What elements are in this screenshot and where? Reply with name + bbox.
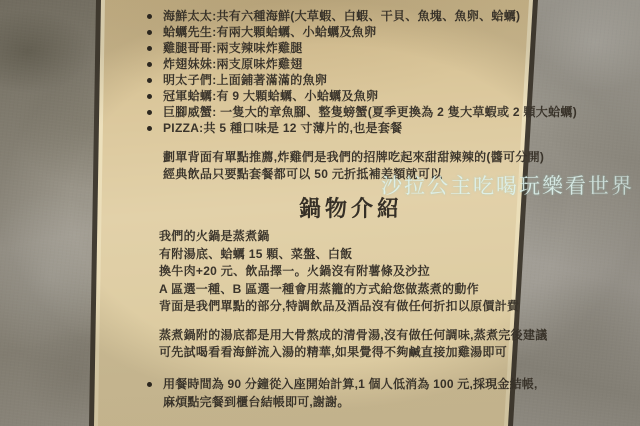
bullet-icon [147,62,152,67]
menu-item-text: PIZZA:共 5 種口味是 12 寸薄片的,也是套餐 [163,120,402,136]
menu-item-text: 炸翅妹妹:兩支原味炸雞翅 [163,56,303,72]
soup-line: 可先試喝看看海鮮流入湯的精華,如果覺得不夠鹹直接加雞湯即可 [159,344,519,362]
menu-item: 巨腳威蟹: 一隻大的章魚腳、整隻螃蟹(夏季更換為 2 隻大草蝦或 2 顆大蛤蠣) [147,104,519,120]
dining-rules: 用餐時間為 90 分鐘從入座開始計算,1 個人低消為 100 元,採現金結帳, … [147,375,519,411]
menu-item: 冠軍蛤蠣:有 9 大顆蛤蠣、小蛤蠣及魚卵 [147,88,519,104]
bullet-icon [147,78,152,83]
menu-item-text: 蛤蠣先生:有兩大顆蛤蠣、小蛤蠣及魚卵 [163,24,376,40]
dining-rule-line: 麻煩點完餐到櫃台結帳即可,謝謝。 [163,393,538,411]
dining-rule-line: 用餐時間為 90 分鐘從入座開始計算,1 個人低消為 100 元,採現金結帳, [163,375,538,393]
menu-content: 海鮮太太:共有六種海鮮(大草蝦、白蝦、干貝、魚塊、魚卵、蛤蠣) 蛤蠣先生:有兩大… [147,8,519,411]
set-menu-list: 海鮮太太:共有六種海鮮(大草蝦、白蝦、干貝、魚塊、魚卵、蛤蠣) 蛤蠣先生:有兩大… [147,8,519,136]
hotpot-description: 我們的火鍋是蒸煮鍋 有附湯底、蛤蠣 15 顆、菜盤、白飯 換牛肉+20 元、飲品… [159,228,519,316]
note-line: 劃單背面有單點推薦,炸雞們是我們的招牌吃起來甜甜辣辣的(醬可分開) [163,149,519,166]
dining-rules-lines: 用餐時間為 90 分鐘從入座開始計算,1 個人低消為 100 元,採現金結帳, … [163,375,538,411]
menu-item: 海鮮太太:共有六種海鮮(大草蝦、白蝦、干貝、魚塊、魚卵、蛤蠣) [147,8,519,24]
hotpot-line: 背面是我們單點的部分,特調飲品及酒品沒有做任何折扣以原價計費 [159,298,519,316]
menu-item: 明太子們:上面鋪著滿滿的魚卵 [147,72,519,88]
bullet-icon [147,126,152,131]
hotpot-line: 我們的火鍋是蒸煮鍋 [159,228,519,246]
hotpot-line: 換牛肉+20 元、飲品擇一。火鍋沒有附薯條及沙拉 [159,263,519,281]
menu-item: 蛤蠣先生:有兩大顆蛤蠣、小蛤蠣及魚卵 [147,24,519,40]
bullet-icon [147,30,152,35]
blogger-watermark: 沙拉公主吃喝玩樂看世界 [381,170,634,200]
menu-item-text: 明太子們:上面鋪著滿滿的魚卵 [163,72,327,88]
photo-of-menu-card: 海鮮太太:共有六種海鮮(大草蝦、白蝦、干貝、魚塊、魚卵、蛤蠣) 蛤蠣先生:有兩大… [0,0,640,426]
hotpot-line: A 區選一種、B 區選一種會用蒸籠的方式給您做蒸煮的動作 [159,281,519,299]
menu-item: 炸翅妹妹:兩支原味炸雞翅 [147,56,519,72]
bullet-icon [147,110,152,115]
menu-item-text: 雞腿哥哥:兩支辣味炸雞腿 [163,40,303,56]
hotpot-line: 有附湯底、蛤蠣 15 顆、菜盤、白飯 [159,246,519,264]
menu-item: PIZZA:共 5 種口味是 12 寸薄片的,也是套餐 [147,120,519,136]
bullet-icon [147,14,152,19]
soup-base-description: 蒸煮鍋附的湯底都是用大骨熬成的清骨湯,沒有做任何調味,蒸煮完後建議 可先試喝看看… [159,327,519,362]
menu-item-text: 冠軍蛤蠣:有 9 大顆蛤蠣、小蛤蠣及魚卵 [163,88,378,104]
bullet-icon [147,94,152,99]
bullet-icon [147,382,152,387]
menu-item: 雞腿哥哥:兩支辣味炸雞腿 [147,40,519,56]
menu-item-text: 海鮮太太:共有六種海鮮(大草蝦、白蝦、干貝、魚塊、魚卵、蛤蠣) [163,8,520,24]
menu-item-text: 巨腳威蟹: 一隻大的章魚腳、整隻螃蟹(夏季更換為 2 隻大草蝦或 2 顆大蛤蠣) [163,104,577,120]
bullet-icon [147,46,152,51]
soup-line: 蒸煮鍋附的湯底都是用大骨熬成的清骨湯,沒有做任何調味,蒸煮完後建議 [159,327,519,345]
